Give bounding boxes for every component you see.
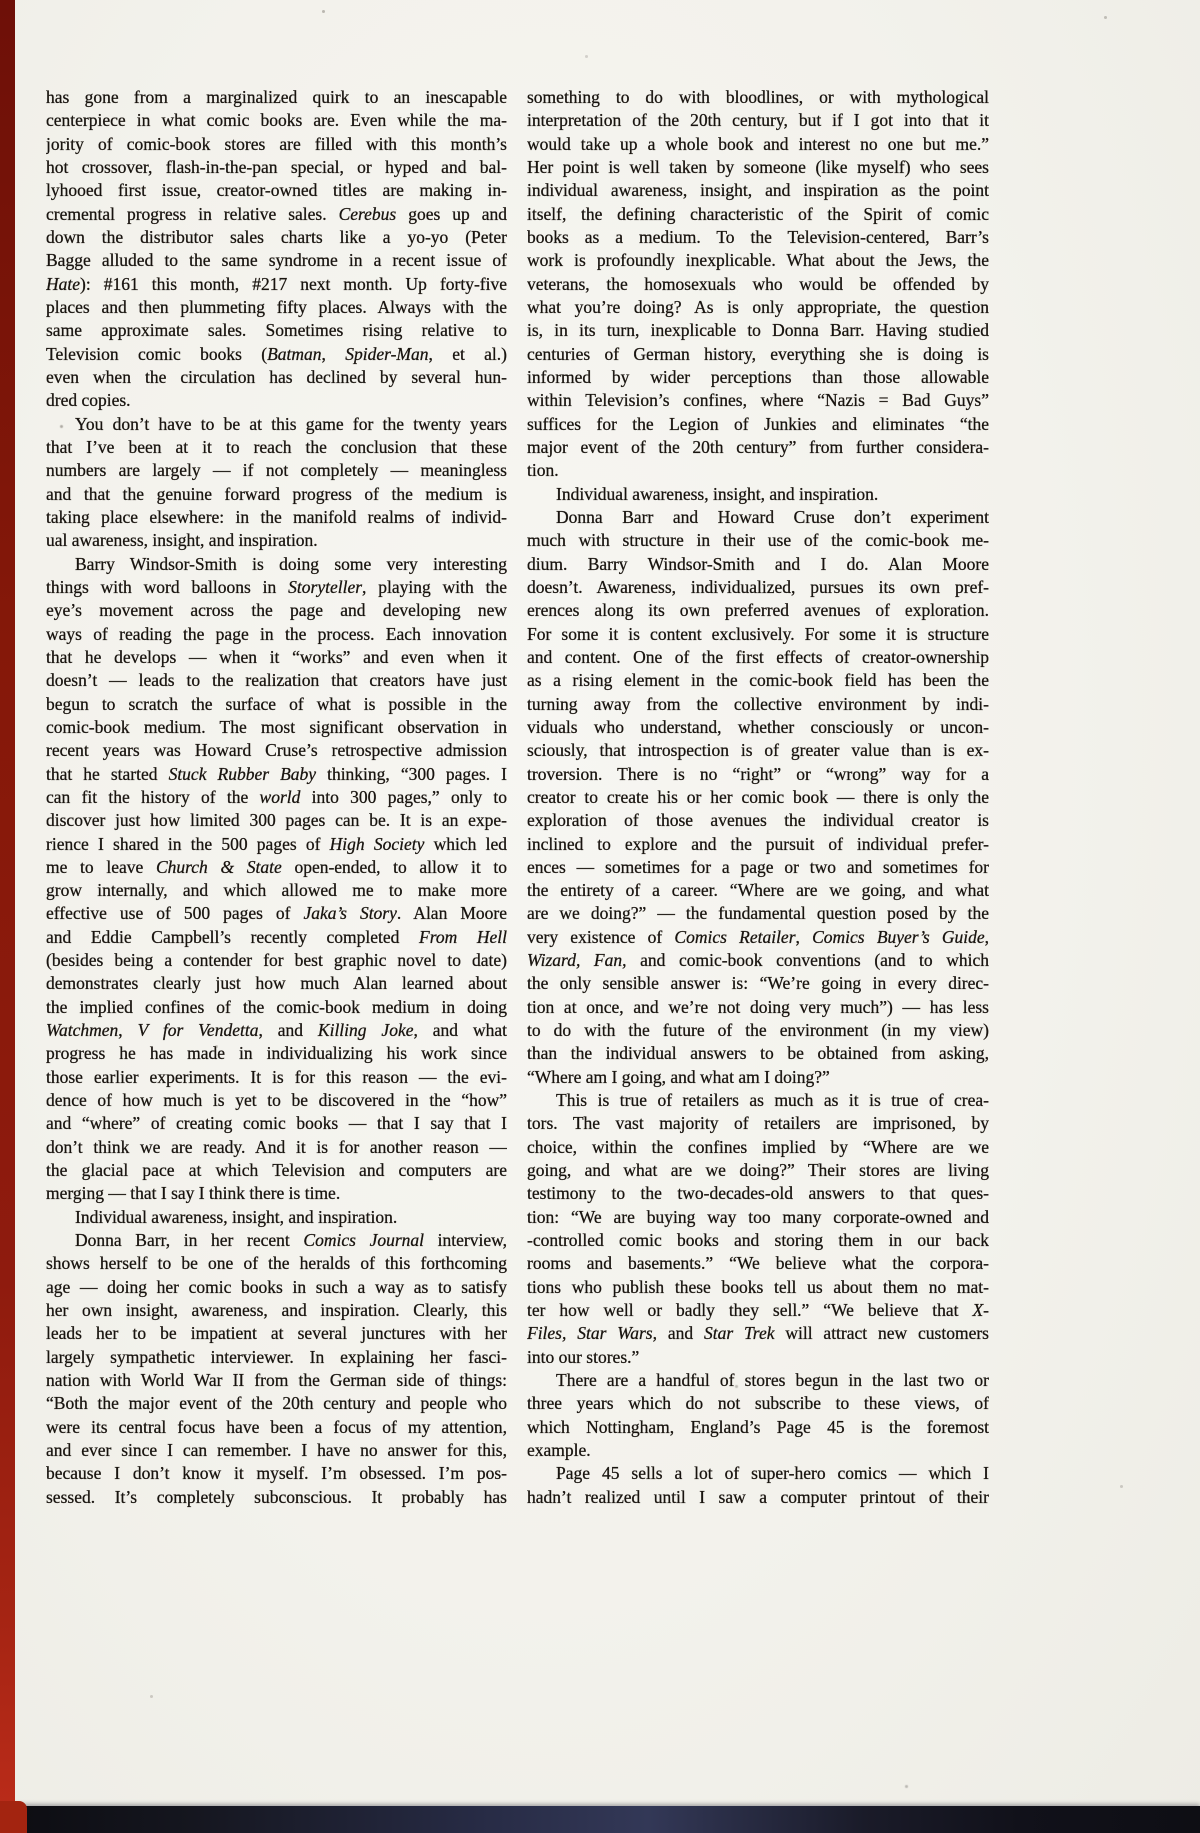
text-line: Hate): #161 this month, #217 next month.… <box>46 273 507 296</box>
text-line: centuries of German history, everything … <box>527 343 989 366</box>
text-line: turning away from the collective environ… <box>527 693 989 716</box>
italic-title: Killing Joke <box>318 1020 414 1040</box>
text-line: troversion. There is no “right” or “wron… <box>527 763 989 786</box>
text-line: the only sensible answer is: “We’re goin… <box>527 972 989 995</box>
text-line: down the distributor sales charts like a… <box>46 226 507 249</box>
text-line: ter how well or badly they sell.” “We be… <box>527 1299 989 1322</box>
text-line: choice, within the confines implied by “… <box>527 1136 989 1159</box>
text-line: things with word balloons in Storyteller… <box>46 576 507 599</box>
italic-title: world <box>260 787 301 807</box>
italic-title: Church & State <box>156 857 282 877</box>
text-line: eye’s movement across the page and devel… <box>46 599 507 622</box>
text-line: that he started Stuck Rubber Baby thinki… <box>46 763 507 786</box>
italic-title: Cerebus <box>339 204 397 224</box>
text-line: largely sympathetic interviewer. In expl… <box>46 1346 507 1369</box>
text-line: example. <box>527 1439 989 1462</box>
text-line: dred copies. <box>46 389 507 412</box>
text-line: because I don’t know it myself. I’m obse… <box>46 1462 507 1485</box>
text-line: veterans, the homosexuals who would be o… <box>527 273 989 296</box>
text-line: nation with World War II from the German… <box>46 1369 507 1392</box>
text-line: centerpiece in what comic books are. Eve… <box>46 109 507 132</box>
text-line: rience I shared in the 500 pages of High… <box>46 833 507 856</box>
text-line: suffices for the Legion of Junkies and e… <box>527 413 989 436</box>
text-line: informed by wider perceptions than those… <box>527 366 989 389</box>
text-line: Individual awareness, insight, and inspi… <box>527 483 989 506</box>
text-line: interpretation of the 20th century, but … <box>527 109 989 132</box>
italic-title: Jaka’s Story <box>304 903 397 923</box>
text-line: There are a handful of stores begun in t… <box>527 1369 989 1392</box>
text-line: recent years was Howard Cruse’s retrospe… <box>46 739 507 762</box>
text-line: merging — that I say I think there is ti… <box>46 1182 507 1205</box>
text-line: individual awareness, insight, and inspi… <box>527 179 989 202</box>
text-line: three years which do not subscribe to th… <box>527 1392 989 1415</box>
text-line: tion: “We are buying way too many corpor… <box>527 1206 989 1229</box>
text-line: shows herself to be one of the heralds o… <box>46 1252 507 1275</box>
text-line: the glacial pace at which Television and… <box>46 1159 507 1182</box>
text-line: hot crossover, flash-in-the-pan special,… <box>46 156 507 179</box>
text-line: Files, Star Wars, and Star Trek will att… <box>527 1322 989 1345</box>
text-line: within Television’s confines, where “Naz… <box>527 389 989 412</box>
text-line: discover just how limited 300 pages can … <box>46 809 507 832</box>
bottom-scan-band <box>0 1806 1200 1833</box>
text-line: sessed. It’s completely subconscious. It… <box>46 1486 507 1509</box>
text-line: the entirety of a career. “Where are we … <box>527 879 989 902</box>
text-line: numbers are largely — if not completely … <box>46 459 507 482</box>
text-line: and “where” of creating comic books — th… <box>46 1112 507 1135</box>
text-line: going, and what are we doing?” Their sto… <box>527 1159 989 1182</box>
text-line: same approximate sales. Sometimes rising… <box>46 319 507 342</box>
text-line: and content. One of the first effects of… <box>527 646 989 669</box>
text-line: is, in its turn, inexplicable to Donna B… <box>527 319 989 342</box>
text-line: doesn’t. Awareness, individualized, purs… <box>527 576 989 599</box>
text-line: tion at once, and we’re not doing very m… <box>527 996 989 1019</box>
text-line: to do with the future of the environment… <box>527 1019 989 1042</box>
text-line: Television comic books (Batman, Spider-M… <box>46 343 507 366</box>
text-line: ences — sometimes for a page or two and … <box>527 856 989 879</box>
text-line: ual awareness, insight, and inspiration. <box>46 529 507 552</box>
bottom-left-red-corner <box>0 1801 27 1833</box>
text-line: exploration of those avenues the individ… <box>527 809 989 832</box>
text-line: Wizard, Fan, and comic-book conventions … <box>527 949 989 972</box>
italic-title: V for Vendetta <box>138 1020 259 1040</box>
text-line: demonstrates clearly just how much Alan … <box>46 972 507 995</box>
text-line: jority of comic-book stores are filled w… <box>46 133 507 156</box>
text-line: that I’ve been at it to reach the conclu… <box>46 436 507 459</box>
text-line: are we doing?” — the fundamental questio… <box>527 902 989 925</box>
text-line: effective use of 500 pages of Jaka’s Sto… <box>46 902 507 925</box>
column-2: something to do with bloodlines, or with… <box>527 86 989 1509</box>
italic-title: From Hell <box>419 927 507 947</box>
text-line: what you’re doing? As is only appropriat… <box>527 296 989 319</box>
text-line: as a rising element in the comic-book fi… <box>527 669 989 692</box>
text-line: tors. The vast majority of retailers are… <box>527 1112 989 1135</box>
text-line: Donna Barr and Howard Cruse don’t experi… <box>527 506 989 529</box>
text-line: would take up a whole book and interest … <box>527 133 989 156</box>
text-line: “Both the major event of the 20th centur… <box>46 1392 507 1415</box>
text-line: books as a medium. To the Television-cen… <box>527 226 989 249</box>
text-line: lyhooed first issue, creator-owned title… <box>46 179 507 202</box>
text-line: don’t think we are ready. And it is for … <box>46 1136 507 1159</box>
text-line: can fit the history of the world into 30… <box>46 786 507 809</box>
text-line: begun to scratch the surface of what is … <box>46 693 507 716</box>
italic-title: Comics Retailer <box>674 927 795 947</box>
text-line: Her point is well taken by someone (like… <box>527 156 989 179</box>
text-line: ways of reading the page in the process.… <box>46 623 507 646</box>
text-line: Page 45 sells a lot of super-hero comics… <box>527 1462 989 1485</box>
text-line: leads her to be impatient at several jun… <box>46 1322 507 1345</box>
text-line: “Where am I going, and what am I doing?” <box>527 1066 989 1089</box>
left-red-strip <box>0 0 15 1833</box>
text-line: progress he has made in individualizing … <box>46 1042 507 1065</box>
text-line: creator to create his or her comic book … <box>527 786 989 809</box>
text-line: that he develops — when it “works” and e… <box>46 646 507 669</box>
italic-title: Spider-Man <box>345 344 428 364</box>
italic-title: High Society <box>330 834 425 854</box>
text-line: Bagge alluded to the same syndrome in a … <box>46 249 507 272</box>
text-line: those earlier experiments. It is for thi… <box>46 1066 507 1089</box>
text-line: testimony to the two-decades-old answers… <box>527 1182 989 1205</box>
text-line: cremental progress in relative sales. Ce… <box>46 203 507 226</box>
text-line: Individual awareness, insight, and inspi… <box>46 1206 507 1229</box>
text-line: erences along its own preferred avenues … <box>527 599 989 622</box>
text-line: Watchmen, V for Vendetta, and Killing Jo… <box>46 1019 507 1042</box>
italic-title: Watchmen <box>46 1020 118 1040</box>
text-line: her own insight, awareness, and inspirat… <box>46 1299 507 1322</box>
text-line: You don’t have to be at this game for th… <box>46 413 507 436</box>
italic-title: Star Trek <box>704 1323 775 1343</box>
text-line: than the individual answers to be obtain… <box>527 1042 989 1065</box>
text-line: rooms and basements.” “We believe what t… <box>527 1252 989 1275</box>
text-line: grow internally, and which allowed me to… <box>46 879 507 902</box>
text-line: Barry Windsor-Smith is doing some very i… <box>46 553 507 576</box>
italic-title: Comics Journal <box>303 1230 424 1250</box>
italic-title: X- <box>972 1300 989 1320</box>
text-line: into our stores.” <box>527 1346 989 1369</box>
text-line: much with structure in their use of the … <box>527 529 989 552</box>
text-line: places and then plummeting fifty places.… <box>46 296 507 319</box>
text-line: me to leave Church & State open-ended, t… <box>46 856 507 879</box>
italic-title: Hate <box>46 274 80 294</box>
text-line: sciously, that introspection is of great… <box>527 739 989 762</box>
text-line: inclined to explore and the pursuit of i… <box>527 833 989 856</box>
text-line: even when the circulation has declined b… <box>46 366 507 389</box>
text-line: something to do with bloodlines, or with… <box>527 86 989 109</box>
text-line: dium. Barry Windsor-Smith and I do. Alan… <box>527 553 989 576</box>
text-line: Donna Barr, in her recent Comics Journal… <box>46 1229 507 1252</box>
italic-title: Comics Buyer’s Guide <box>812 927 985 947</box>
text-line: dence of how much is yet to be discovere… <box>46 1089 507 1112</box>
italic-title: Wizard, Fan, <box>527 950 627 970</box>
text-line: For some it is content exclusively. For … <box>527 623 989 646</box>
text-line: and ever since I can remember. I have no… <box>46 1439 507 1462</box>
text-line: itself, the defining characteristic of t… <box>527 203 989 226</box>
column-1: has gone from a marginalized quirk to an… <box>46 86 507 1509</box>
text-line: major event of the 20th century” from fu… <box>527 436 989 459</box>
scanned-page: has gone from a marginalized quirk to an… <box>0 0 1200 1833</box>
italic-title: Files, Star Wars, <box>527 1323 657 1343</box>
text-line: doesn’t — leads to the realization that … <box>46 669 507 692</box>
text-line: (besides being a contender for best grap… <box>46 949 507 972</box>
text-line: comic-book medium. The most significant … <box>46 716 507 739</box>
text-line: and that the genuine forward progress of… <box>46 483 507 506</box>
italic-title: Storyteller <box>288 577 362 597</box>
text-line: -controlled comic books and storing them… <box>527 1229 989 1252</box>
text-line: age — doing her comic books in such a wa… <box>46 1276 507 1299</box>
text-line: tion. <box>527 459 989 482</box>
text-line: the implied confines of the comic-book m… <box>46 996 507 1019</box>
italic-title: Stuck Rubber Baby <box>169 764 316 784</box>
text-line: very existence of Comics Retailer, Comic… <box>527 926 989 949</box>
text-line: and Eddie Campbell’s recently completed … <box>46 926 507 949</box>
text-line: This is true of retailers as much as it … <box>527 1089 989 1112</box>
text-line: work is profoundly inexplicable. What ab… <box>527 249 989 272</box>
italic-title: Batman <box>267 344 321 364</box>
text-line: taking place elsewhere: in the manifold … <box>46 506 507 529</box>
text-line: were its central focus have been a focus… <box>46 1416 507 1439</box>
text-line: has gone from a marginalized quirk to an… <box>46 86 507 109</box>
text-line: tions who publish these books tell us ab… <box>527 1276 989 1299</box>
text-line: viduals who understand, whether consciou… <box>527 716 989 739</box>
text-line: hadn’t realized until I saw a computer p… <box>527 1486 989 1509</box>
text-line: which Nottingham, England’s Page 45 is t… <box>527 1416 989 1439</box>
